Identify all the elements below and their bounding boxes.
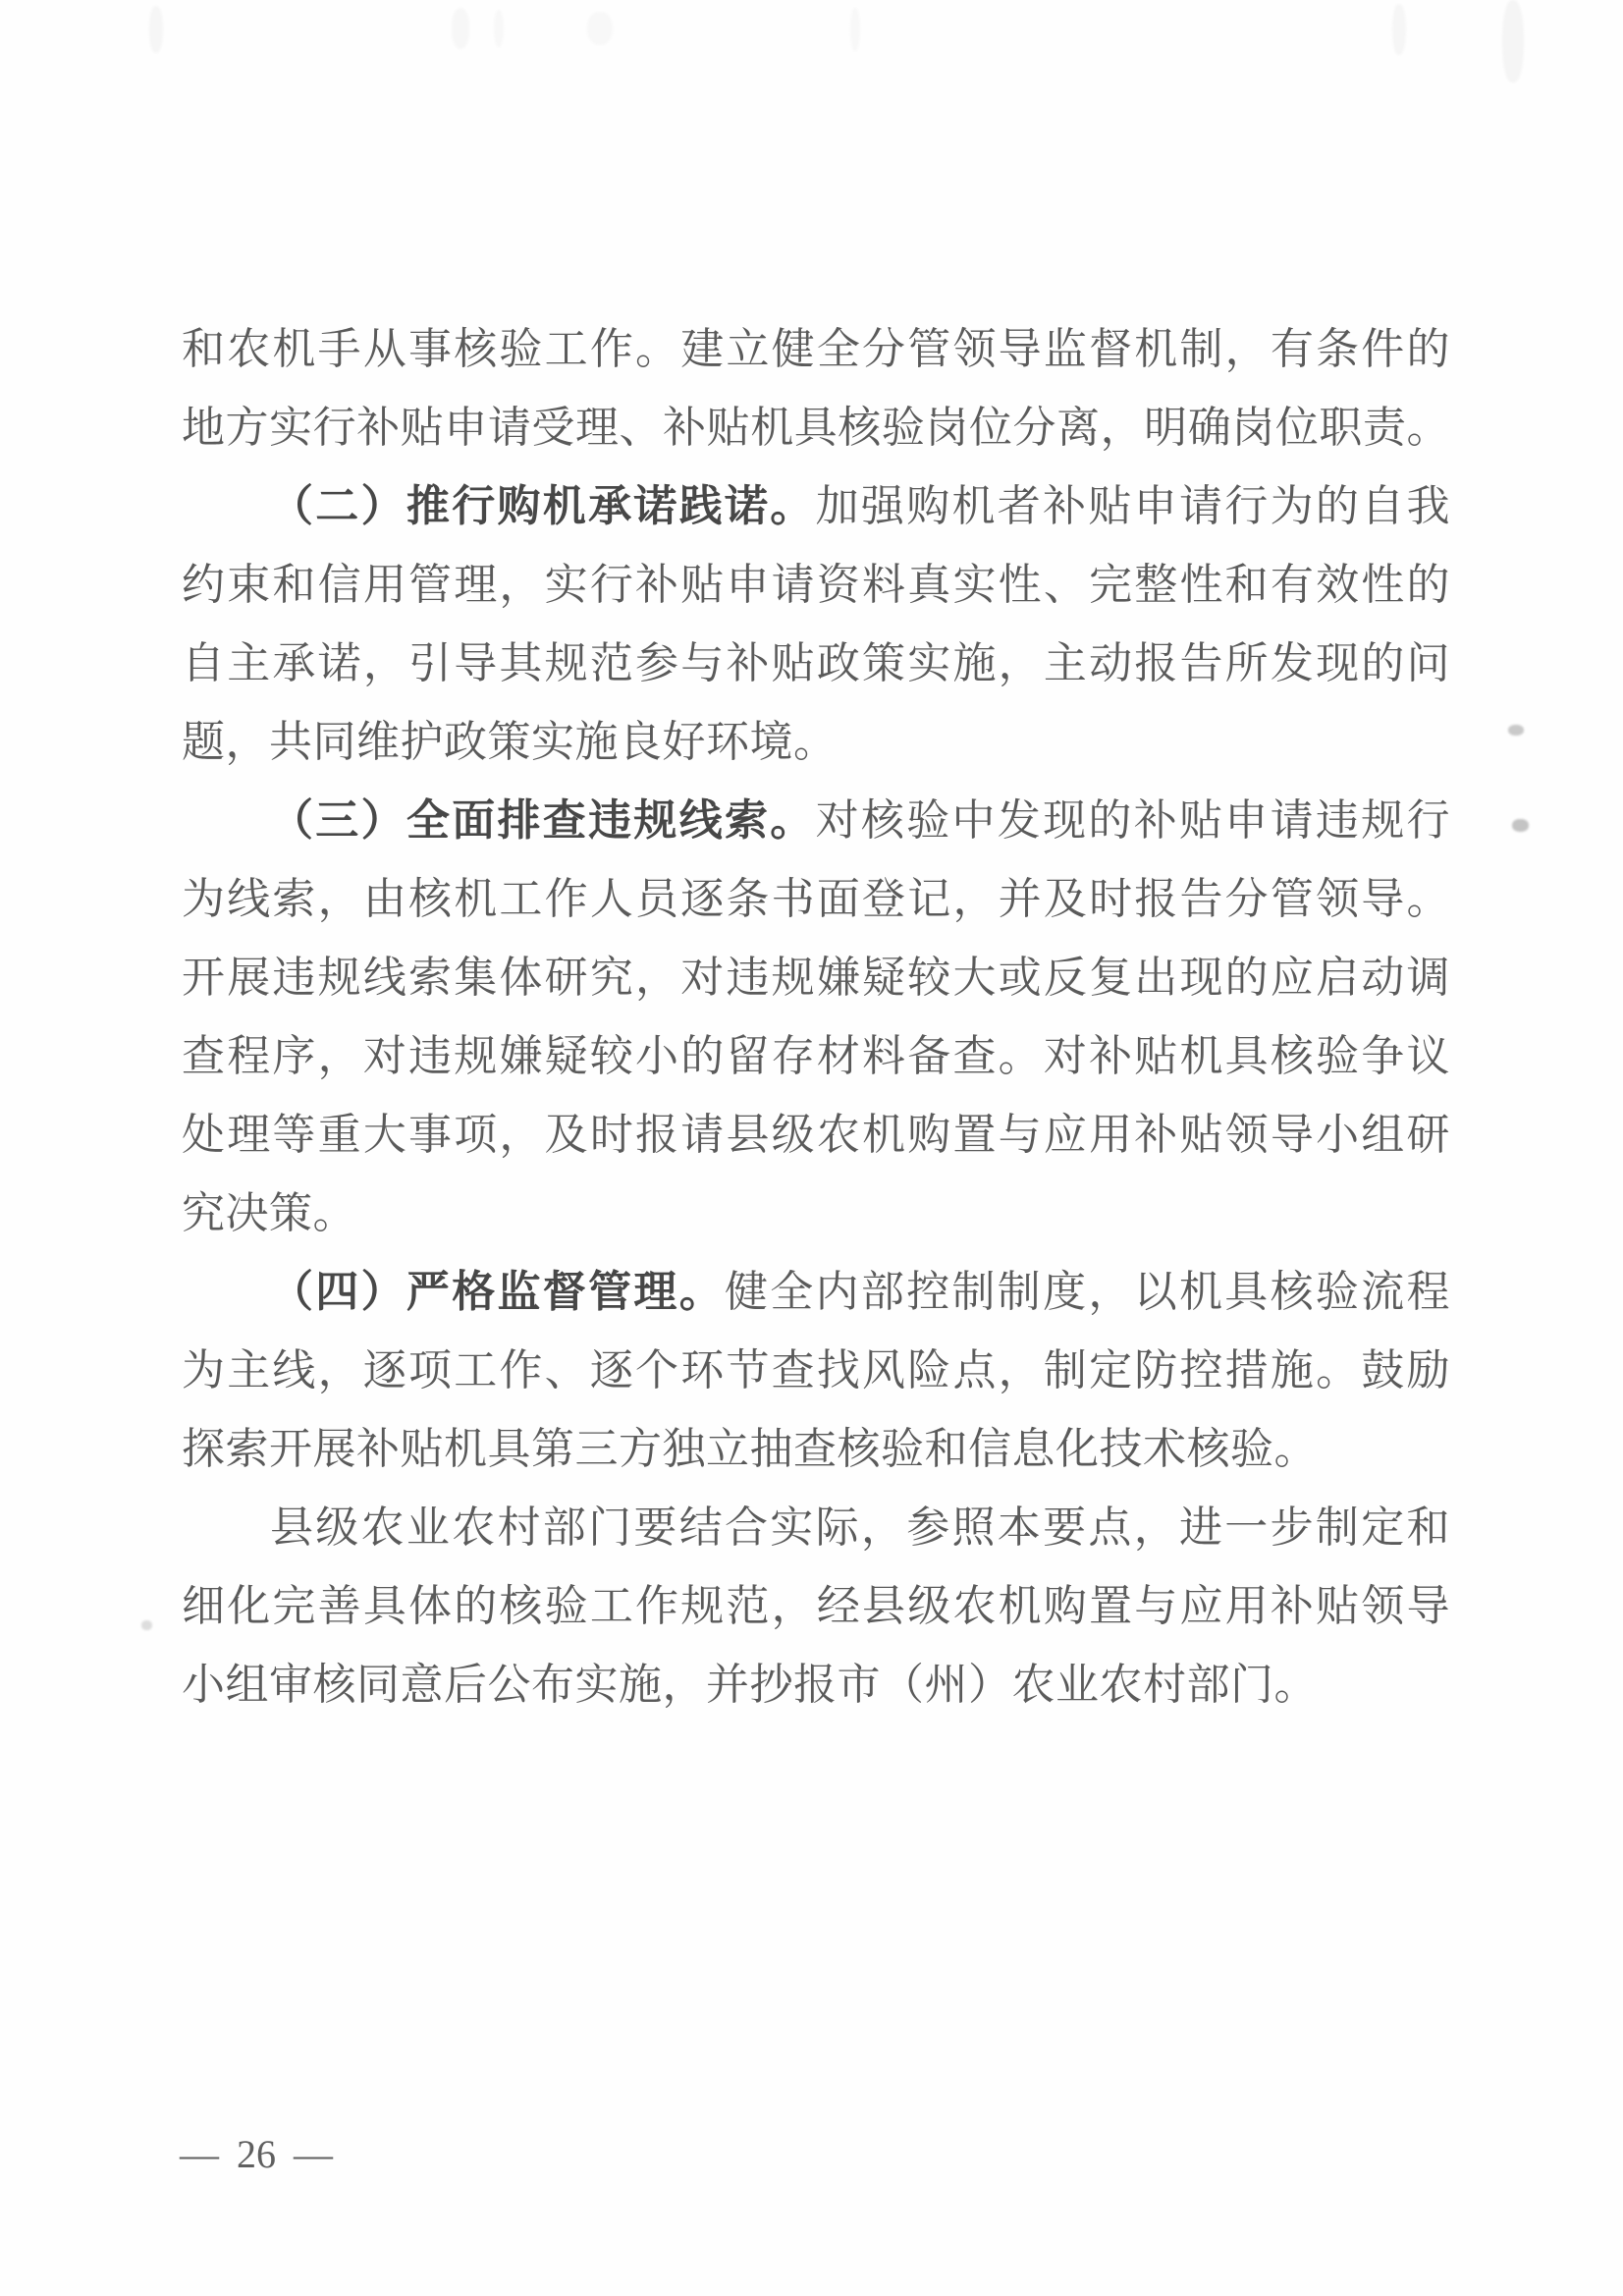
text-line: 地方实行补贴申请受理、补贴机具核验岗位分离，明确岗位职责。 [182, 389, 1450, 467]
body-text: 题，共同维护政策实施良好环境。 [182, 718, 838, 766]
section-heading-text: （二）推行购机承诺践诺。 [270, 482, 816, 530]
text-line: 和农机手从事核验工作。建立健全分管领导监督机制，有条件的 [182, 310, 1450, 389]
page-footer: — 26 — [180, 2131, 333, 2178]
body-text: 对核验中发现的补贴申请违规行 [816, 796, 1450, 845]
text-line: 开展违规线索集体研究，对违规嫌疑较大或反复出现的应启动调 [182, 939, 1450, 1017]
scan-artifact [587, 12, 613, 45]
body-text: 细化完善具体的核验工作规范，经县级农机购置与应用补贴领导 [182, 1582, 1450, 1630]
footer-right-dash: — [294, 2131, 333, 2178]
body-text: 开展违规线索集体研究，对违规嫌疑较大或反复出现的应启动调 [182, 954, 1450, 1002]
scan-artifact [141, 1620, 152, 1630]
text-line: （三）全面排查违规线索。对核验中发现的补贴申请违规行 [182, 782, 1450, 860]
scan-artifact [1508, 725, 1524, 736]
body-text: 小组审核同意后公布实施，并抄报市（州）农业农村部门。 [182, 1661, 1318, 1709]
text-line: （四）严格监督管理。健全内部控制制度，以机具核验流程 [182, 1253, 1450, 1332]
scan-artifact [1502, 0, 1524, 82]
section-heading-text: （三）全面排查违规线索。 [270, 796, 816, 845]
scan-artifact [149, 6, 163, 53]
document-page: 和农机手从事核验工作。建立健全分管领导监督机制，有条件的地方实行补贴申请受理、补… [0, 0, 1623, 2296]
text-line: 题，共同维护政策实施良好环境。 [182, 703, 1450, 782]
body-text: 探索开展补贴机具第三方独立抽查核验和信息化技术核验。 [182, 1425, 1318, 1473]
body-text: 处理等重大事项，及时报请县级农机购置与应用补贴领导小组研 [182, 1111, 1450, 1159]
scan-artifact [850, 8, 860, 51]
body-text: 和农机手从事核验工作。建立健全分管领导监督机制，有条件的 [182, 325, 1450, 373]
body-text: 究决策。 [182, 1189, 356, 1237]
footer-left-dash: — [180, 2131, 219, 2178]
text-line: 查程序，对违规嫌疑较小的留存材料备查。对补贴机具核验争议 [182, 1017, 1450, 1096]
document-body: 和农机手从事核验工作。建立健全分管领导监督机制，有条件的地方实行补贴申请受理、补… [182, 310, 1450, 1724]
body-text: 县级农业农村部门要结合实际，参照本要点，进一步制定和 [270, 1503, 1450, 1552]
text-line: 小组审核同意后公布实施，并抄报市（州）农业农村部门。 [182, 1646, 1450, 1724]
text-line: 自主承诺，引导其规范参与补贴政策实施，主动报告所发现的问 [182, 625, 1450, 703]
text-line: 县级农业农村部门要结合实际，参照本要点，进一步制定和 [182, 1489, 1450, 1567]
body-text: 健全内部控制制度，以机具核验流程 [725, 1268, 1450, 1316]
body-text: 加强购机者补贴申请行为的自我 [816, 482, 1450, 530]
text-line: 探索开展补贴机具第三方独立抽查核验和信息化技术核验。 [182, 1410, 1450, 1489]
body-text: 自主承诺，引导其规范参与补贴政策实施，主动报告所发现的问 [182, 639, 1450, 687]
scan-artifact [1512, 819, 1529, 832]
text-line: 细化完善具体的核验工作规范，经县级农机购置与应用补贴领导 [182, 1567, 1450, 1646]
text-line: 究决策。 [182, 1175, 1450, 1253]
text-line: 为主线，逐项工作、逐个环节查找风险点，制定防控措施。鼓励 [182, 1332, 1450, 1410]
body-text: 约束和信用管理，实行补贴申请资料真实性、完整性和有效性的 [182, 561, 1450, 609]
page-number: 26 [237, 2131, 276, 2178]
text-line: （二）推行购机承诺践诺。加强购机者补贴申请行为的自我 [182, 467, 1450, 546]
body-text: 为主线，逐项工作、逐个环节查找风险点，制定防控措施。鼓励 [182, 1346, 1450, 1394]
text-line: 处理等重大事项，及时报请县级农机购置与应用补贴领导小组研 [182, 1096, 1450, 1175]
text-line: 约束和信用管理，实行补贴申请资料真实性、完整性和有效性的 [182, 546, 1450, 625]
scan-artifact [494, 10, 504, 47]
scan-artifact [452, 8, 469, 49]
scan-artifact [1392, 4, 1406, 55]
body-text: 查程序，对违规嫌疑较小的留存材料备查。对补贴机具核验争议 [182, 1032, 1450, 1080]
text-line: 为线索，由核机工作人员逐条书面登记，并及时报告分管领导。 [182, 860, 1450, 939]
section-heading-text: （四）严格监督管理。 [270, 1268, 725, 1316]
body-text: 为线索，由核机工作人员逐条书面登记，并及时报告分管领导。 [182, 875, 1450, 923]
body-text: 地方实行补贴申请受理、补贴机具核验岗位分离，明确岗位职责。 [182, 404, 1450, 452]
